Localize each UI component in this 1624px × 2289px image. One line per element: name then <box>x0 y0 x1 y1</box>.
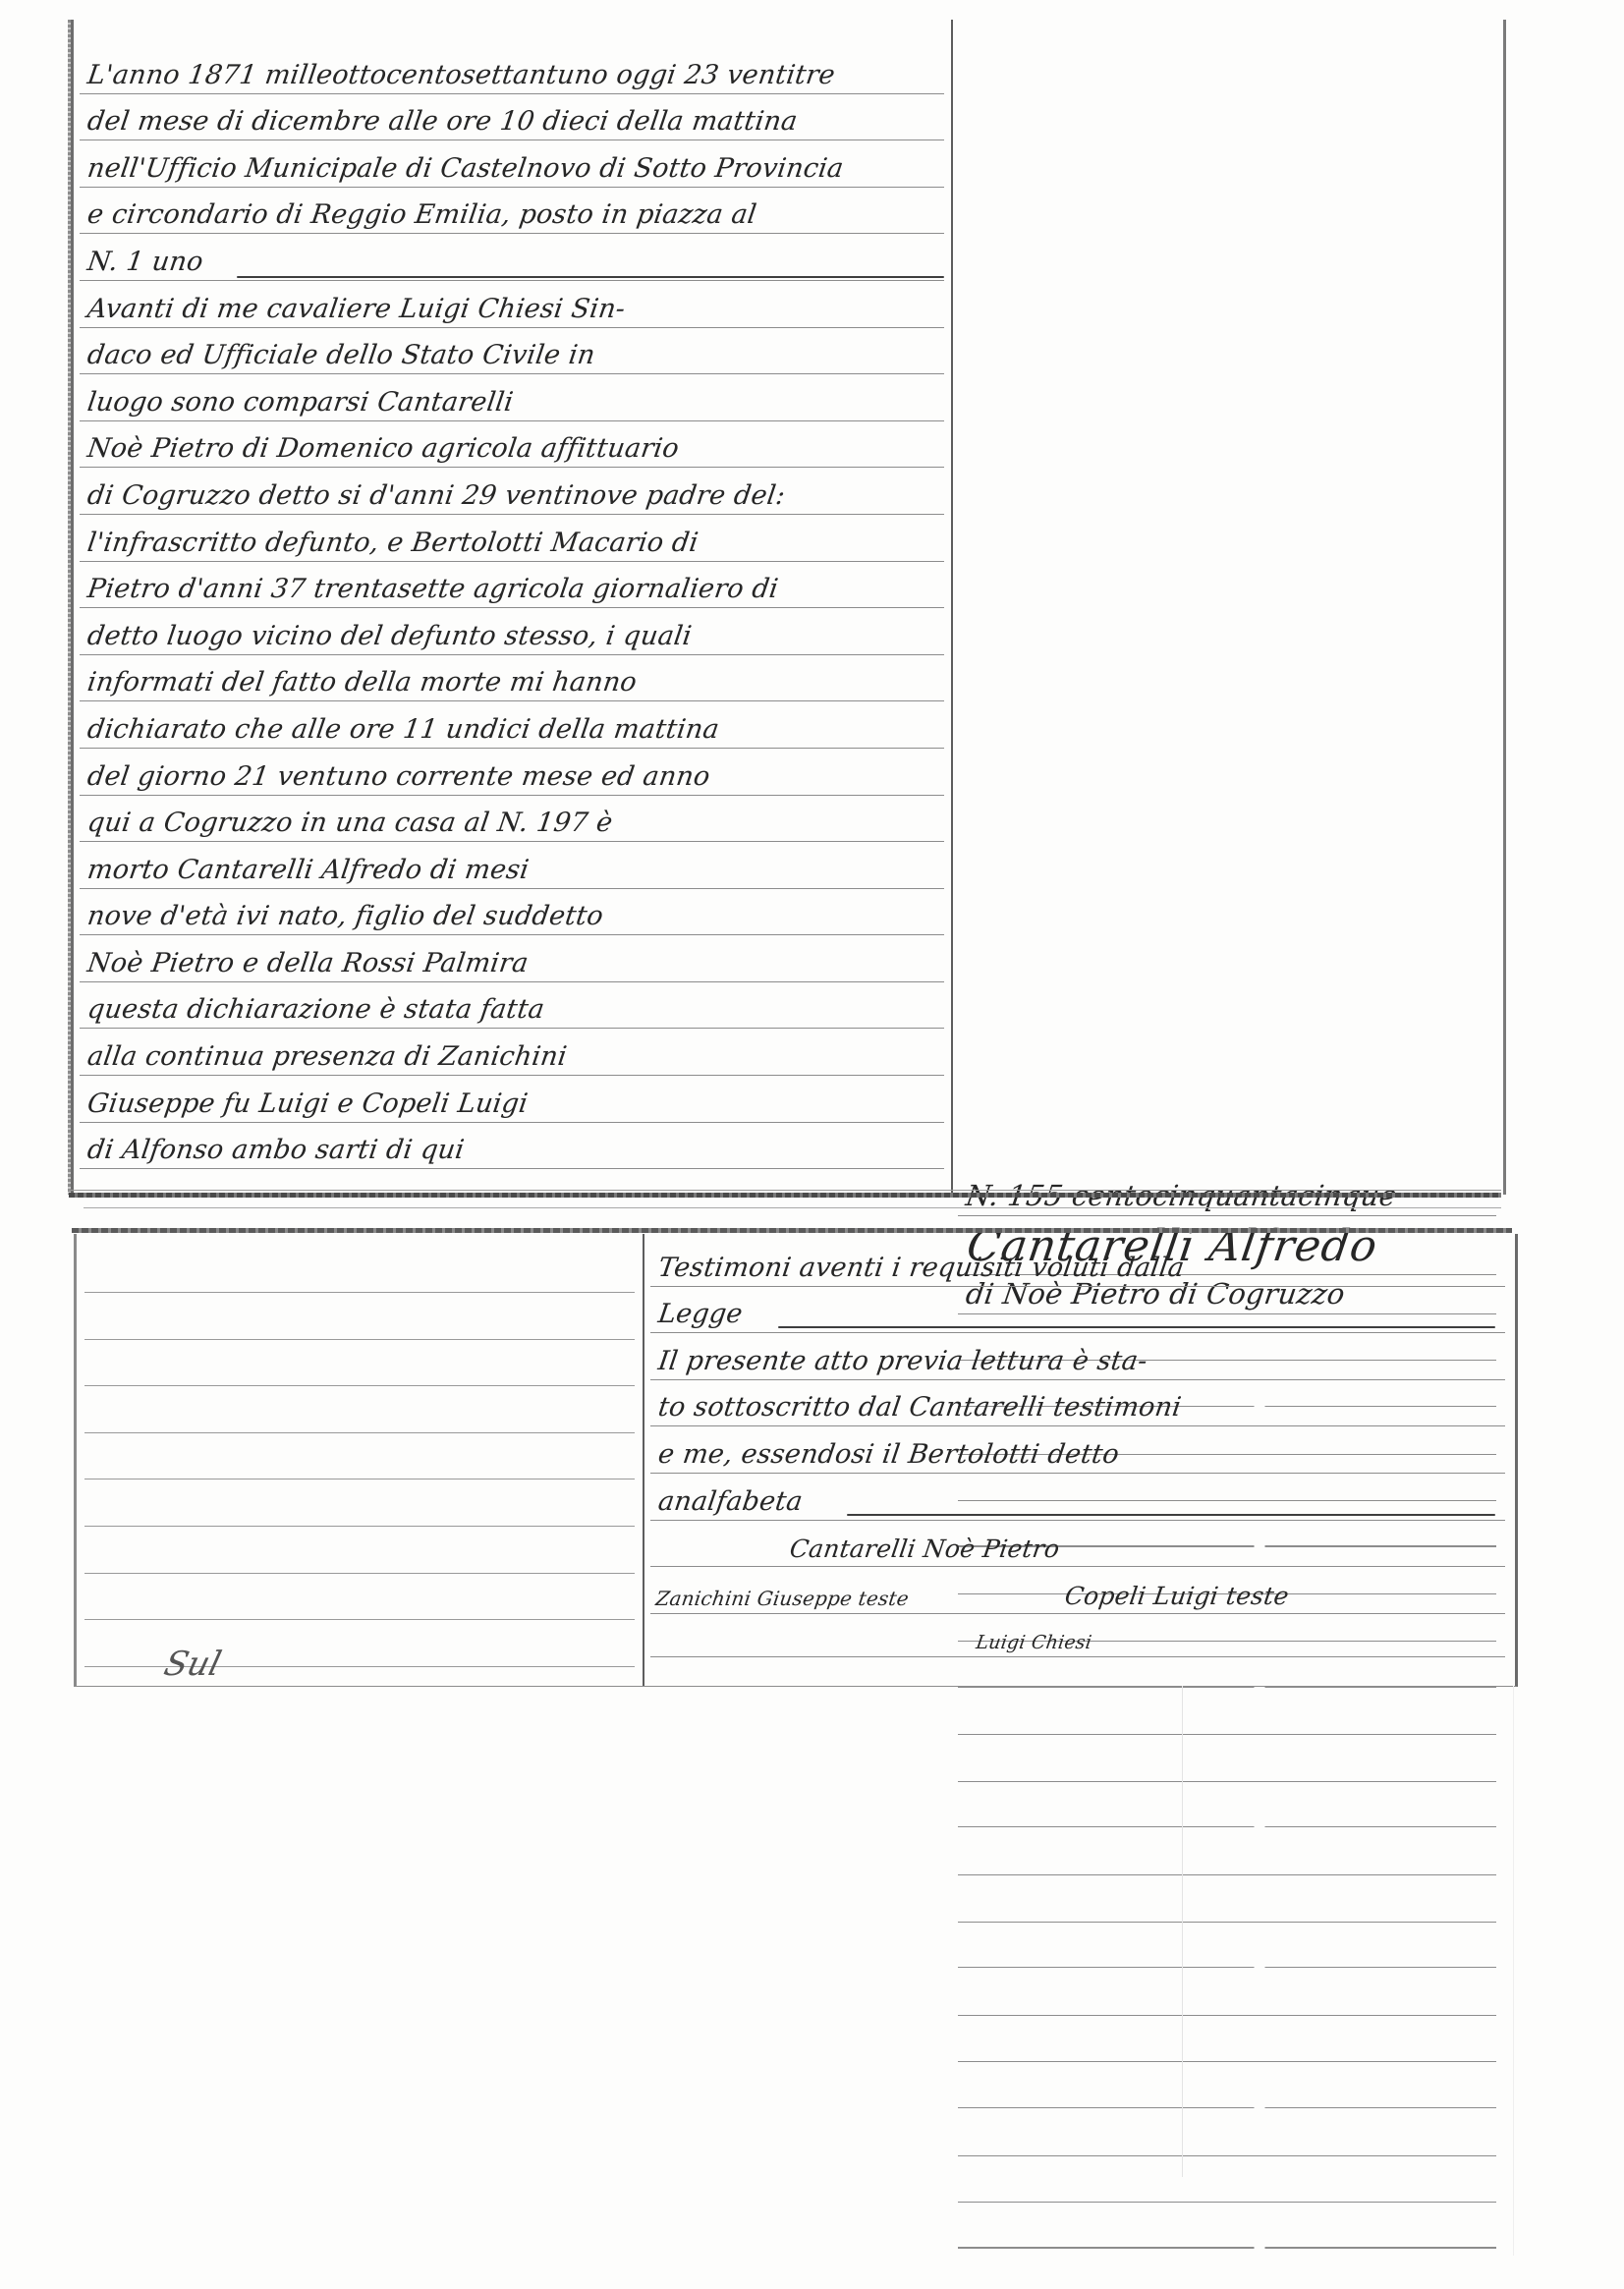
closing-record: Sul Testimoni aventi i requisiti voluti … <box>74 1234 1518 1687</box>
act-text-line: morto Cantarelli Alfredo di mesi <box>80 842 944 889</box>
blank-ruled-line <box>958 2016 1496 2063</box>
scanned-register-page: L'anno 1871 milleottocentosettantuno ogg… <box>0 0 1624 2289</box>
signature-line-declarant: Cantarelli Noè Pietro <box>650 1521 1505 1568</box>
act-text-line: e circondario di Reggio Emilia, posto in… <box>80 188 944 235</box>
act-text: informati del fatto della morte mi hanno <box>85 667 639 698</box>
act-text-line: Noè Pietro e della Rossi Palmira <box>80 935 944 982</box>
act-text: e circondario di Reggio Emilia, posto in… <box>85 199 758 230</box>
act-text: l'infrascritto defunto, e Bertolotti Mac… <box>85 528 700 558</box>
act-text-line: del mese di dicembre alle ore 10 dieci d… <box>80 94 944 141</box>
act-text: dichiarato che alle ore 11 undici della … <box>85 714 721 745</box>
closing-text-line: Testimoni aventi i requisiti voluti dall… <box>650 1240 1505 1287</box>
act-text: nell'Ufficio Municipale di Castelnovo di… <box>85 153 846 184</box>
blank-ruled-line <box>958 2062 1496 2109</box>
closing-text-line: analfabeta <box>650 1474 1505 1521</box>
closing-text: e me, essendosi il Bertolotti detto <box>656 1439 1121 1470</box>
closing-text-line: Legge <box>650 1287 1505 1334</box>
act-text-line: alla continua presenza di Zanichini <box>80 1029 944 1076</box>
act-text: L'anno 1871 milleottocentosettantuno ogg… <box>85 60 837 90</box>
closing-text: Legge <box>656 1299 745 1329</box>
act-text: questa dichiarazione è stata fatta <box>85 994 546 1025</box>
act-text-line: del giorno 21 ventuno corrente mese ed a… <box>80 749 944 796</box>
line-filler-flourish <box>847 1514 1495 1516</box>
line-filler-flourish <box>778 1326 1495 1328</box>
signature-officer: Luigi Chiesi <box>975 1632 1093 1653</box>
death-act-record: L'anno 1871 milleottocentosettantuno ogg… <box>71 20 1506 1195</box>
act-body-column: L'anno 1871 milleottocentosettantuno ogg… <box>80 47 944 1169</box>
blank-ruled-line <box>84 1340 635 1387</box>
signature-witness-1: Zanichini Giuseppe teste <box>654 1587 911 1610</box>
line-filler-flourish <box>237 276 944 278</box>
closing-text: Testimoni aventi i requisiti voluti dall… <box>656 1253 1186 1283</box>
closing-text: to sottoscritto dal Cantarelli testimoni <box>656 1392 1183 1423</box>
act-text: morto Cantarelli Alfredo di mesi <box>85 855 531 885</box>
scanner-artifact <box>1513 1686 1514 2256</box>
blank-ruled-line <box>84 1433 635 1480</box>
blank-ruled-line <box>958 2156 1496 2204</box>
act-text: detto luogo vicino del defunto stesso, i… <box>85 621 694 651</box>
act-text-line: Avanti di me cavaliere Luigi Chiesi Sin- <box>80 281 944 328</box>
blank-ruled-line <box>958 1828 1496 1875</box>
act-text: nove d'età ivi nato, figlio del suddetto <box>85 901 605 931</box>
act-text: N. 1 uno <box>85 247 205 277</box>
act-text-line: N. 1 uno <box>80 234 944 281</box>
blank-ruled-line <box>958 1969 1496 2016</box>
closing-text: Il presente atto previa lettura è sta- <box>656 1346 1149 1376</box>
act-text-line: detto luogo vicino del defunto stesso, i… <box>80 608 944 655</box>
act-text-line: dichiarato che alle ore 11 undici della … <box>80 701 944 749</box>
act-text: di Alfonso ambo sarti di qui <box>85 1135 466 1165</box>
act-text-line: Pietro d'anni 37 trentasette agricola gi… <box>80 562 944 609</box>
act-text: Avanti di me cavaliere Luigi Chiesi Sin- <box>85 294 627 324</box>
act-text: daco ed Ufficiale dello Stato Civile in <box>85 340 597 370</box>
blank-ruled-line <box>958 1689 1496 1736</box>
blank-ruled-line <box>84 1386 635 1433</box>
blank-margin-column <box>84 1234 635 1667</box>
act-text-line: questa dichiarazione è stata fatta <box>80 982 944 1030</box>
signature-witness-2: Copeli Luigi teste <box>1063 1582 1291 1610</box>
column-divider <box>643 1234 644 1686</box>
blank-ruled-line <box>958 2109 1496 2156</box>
closing-text-line: to sottoscritto dal Cantarelli testimoni <box>650 1380 1505 1427</box>
separator-double-rule <box>69 1193 1501 1198</box>
closing-text-line: Il presente atto previa lettura è sta- <box>650 1333 1505 1380</box>
separator-rule <box>69 1190 1501 1191</box>
act-text-line: Noè Pietro di Domenico agricola affittua… <box>80 421 944 469</box>
act-text-line: daco ed Ufficiale dello Stato Civile in <box>80 328 944 375</box>
blank-ruled-line <box>958 2203 1496 2250</box>
signature-line-officer: Luigi Chiesi <box>650 1614 1505 1657</box>
blank-ruled-line <box>958 2250 1496 2289</box>
signature-line-witnesses: Zanichini Giuseppe teste Copeli Luigi te… <box>650 1567 1505 1614</box>
act-text: del mese di dicembre alle ore 10 dieci d… <box>85 106 800 137</box>
act-text: Noè Pietro e della Rossi Palmira <box>85 948 531 978</box>
act-text-line: nove d'età ivi nato, figlio del suddetto <box>80 889 944 936</box>
act-text-line: di Alfonso ambo sarti di qui <box>80 1123 944 1170</box>
act-text-line: luogo sono comparsi Cantarelli <box>80 374 944 421</box>
act-text: luogo sono comparsi Cantarelli <box>85 387 515 418</box>
act-text: Giuseppe fu Luigi e Copeli Luigi <box>85 1089 530 1119</box>
act-text-line: informati del fatto della morte mi hanno <box>80 655 944 702</box>
act-text-line: L'anno 1871 milleottocentosettantuno ogg… <box>80 47 944 94</box>
closing-text: analfabeta <box>656 1486 805 1517</box>
margin-annotation: Sul <box>160 1645 225 1684</box>
blank-ruled-line <box>958 1782 1496 1829</box>
act-text-line: l'infrascritto defunto, e Bertolotti Mac… <box>80 515 944 562</box>
act-text-line: nell'Ufficio Municipale di Castelnovo di… <box>80 140 944 188</box>
scanner-artifact <box>1182 1686 1183 2177</box>
blank-ruled-line <box>958 1735 1496 1782</box>
signature-declarant: Cantarelli Noè Pietro <box>788 1535 1061 1563</box>
blank-ruled-line <box>84 1527 635 1574</box>
closing-column: Testimoni aventi i requisiti voluti dall… <box>650 1240 1505 1657</box>
act-text: Noè Pietro di Domenico agricola affittua… <box>85 433 681 464</box>
blank-ruled-line <box>958 1875 1496 1923</box>
column-divider <box>951 20 953 1195</box>
act-text: alla continua presenza di Zanichini <box>85 1041 569 1072</box>
blank-ruled-line <box>84 1574 635 1621</box>
act-text: Pietro d'anni 37 trentasette agricola gi… <box>85 574 780 604</box>
act-text: del giorno 21 ventuno corrente mese ed a… <box>85 761 712 792</box>
blank-ruled-line <box>958 1923 1496 1970</box>
act-text-line: Giuseppe fu Luigi e Copeli Luigi <box>80 1076 944 1123</box>
act-text-line: qui a Cogruzzo in una casa al N. 197 è <box>80 796 944 843</box>
section-top-border <box>72 1228 1512 1233</box>
blank-ruled-line <box>84 1234 635 1293</box>
blank-ruled-line <box>84 1479 635 1527</box>
separator-rule <box>84 1207 1501 1208</box>
act-text-line: di Cogruzzo detto si d'anni 29 ventinove… <box>80 468 944 515</box>
closing-text-line: e me, essendosi il Bertolotti detto <box>650 1426 1505 1474</box>
act-text: qui a Cogruzzo in una casa al N. 197 è <box>85 808 615 838</box>
act-text: di Cogruzzo detto si d'anni 29 ventinove… <box>85 480 787 511</box>
blank-ruled-line <box>84 1293 635 1340</box>
